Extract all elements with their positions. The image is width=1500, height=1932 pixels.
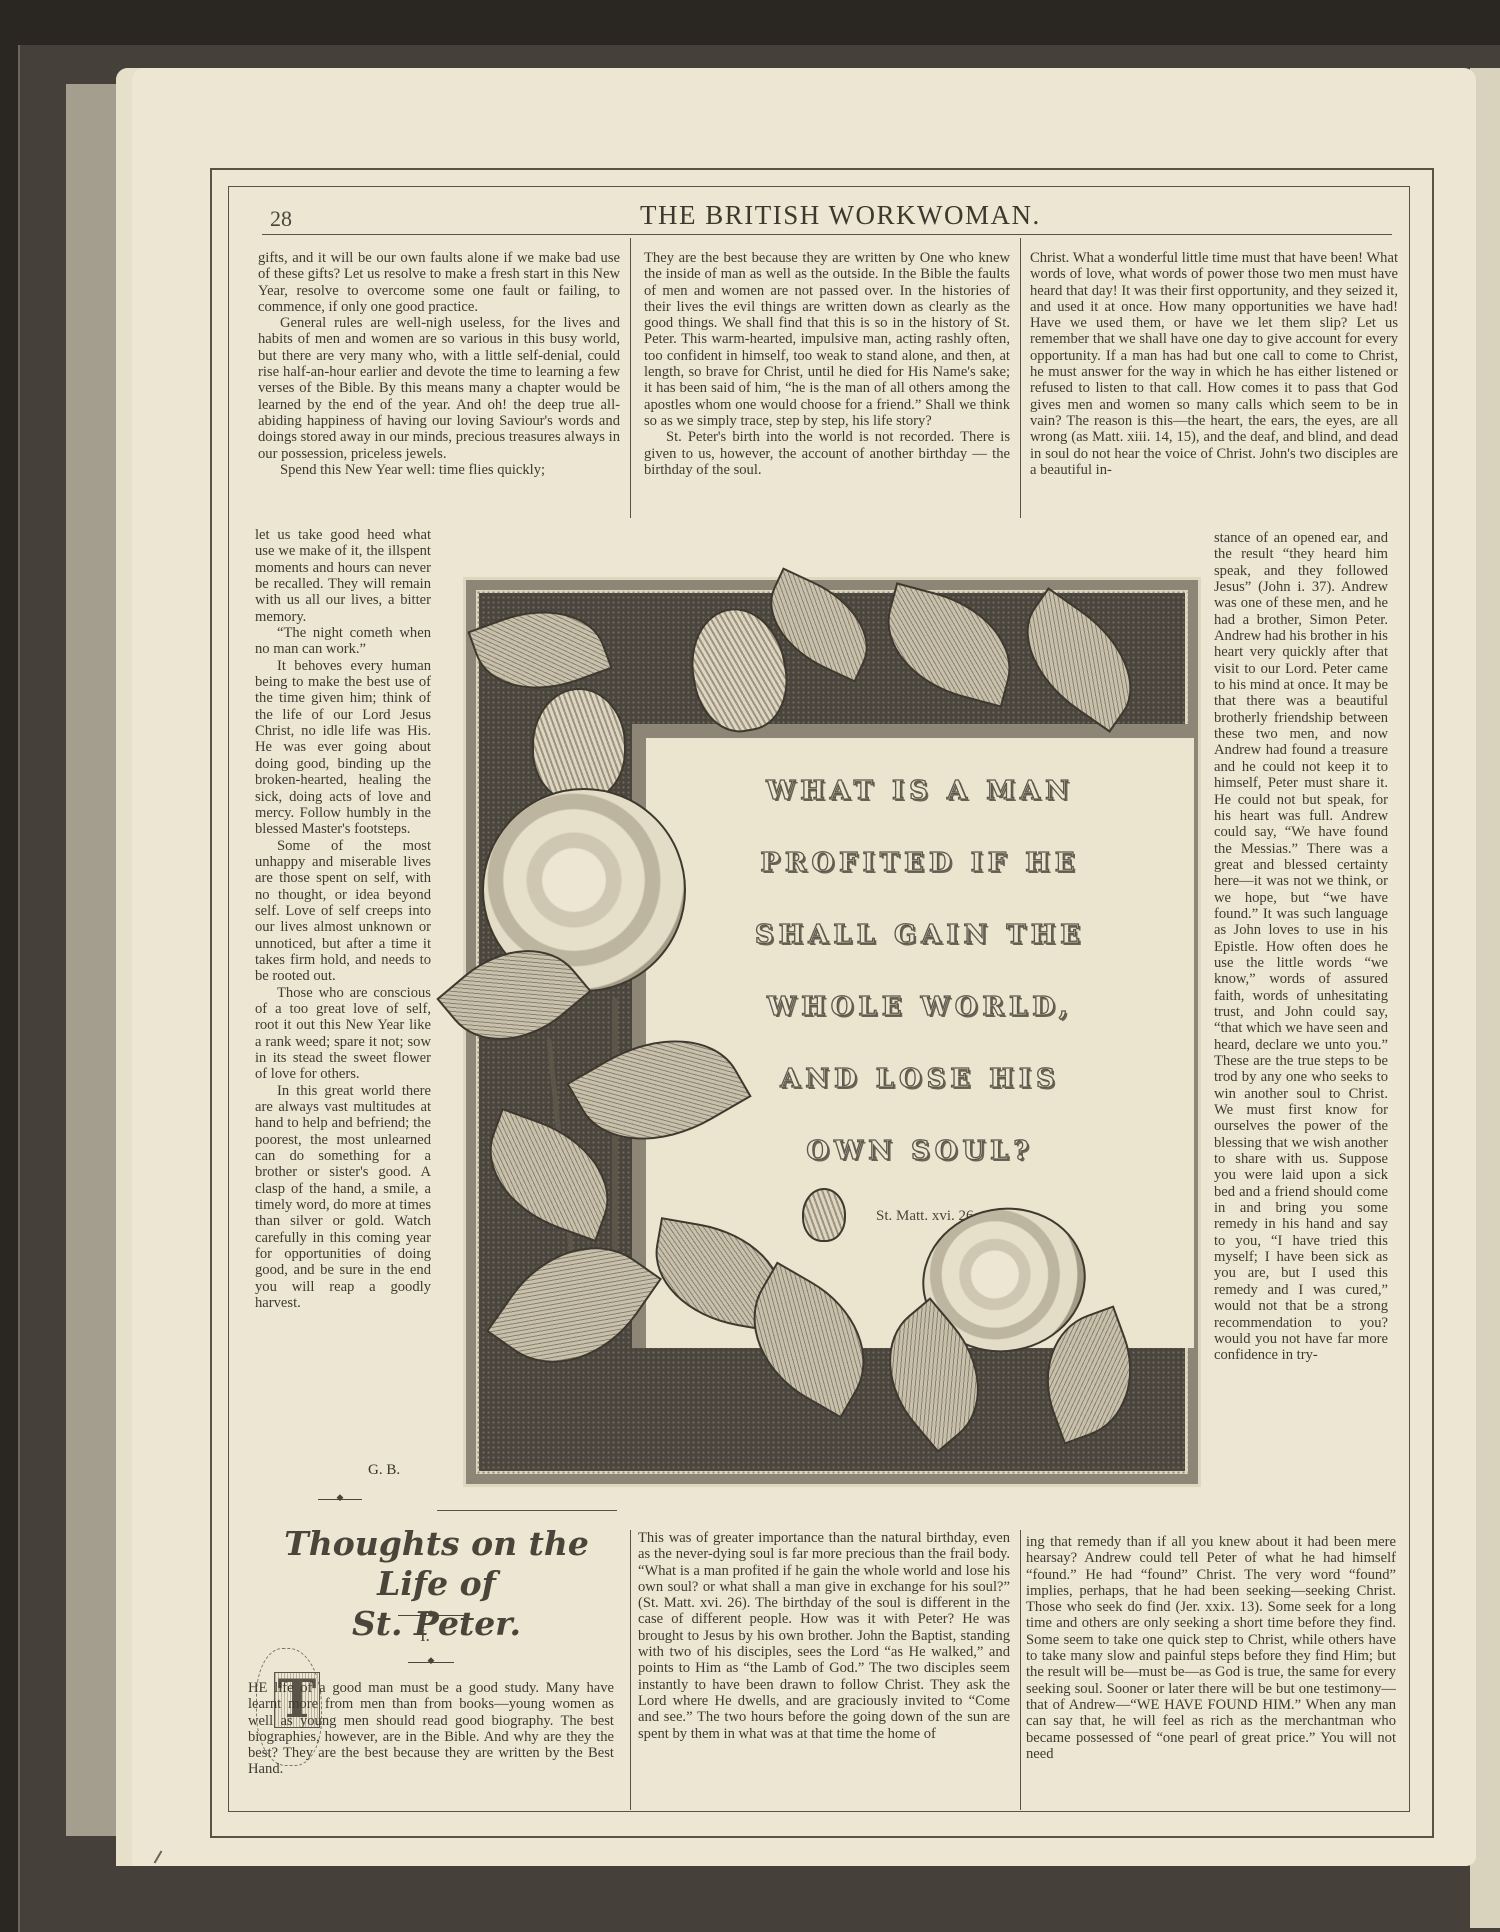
paragraph: Some of the most unhappy and miserable l… (255, 838, 431, 985)
right-column-top: Christ. What a wonderful little time mus… (1030, 250, 1398, 478)
column-rule (1020, 238, 1021, 518)
left-column-narrow: let us take good heed what use we make o… (255, 527, 431, 1312)
middle-column-top: They are the best because they are writt… (644, 250, 1010, 478)
paragraph: gifts, and it will be our own faults alo… (258, 250, 620, 315)
part-number: I. (420, 1626, 430, 1646)
article-title-line: St. Peter. (244, 1604, 629, 1644)
motto-line: WHOLE WORLD, (646, 992, 1194, 1022)
header-rule (262, 234, 1392, 235)
column-rule (630, 238, 631, 518)
column-rule (630, 1530, 631, 1810)
motto-line: WHAT IS A MAN (646, 776, 1194, 806)
column-rule (1020, 1530, 1021, 1810)
paragraph: This was of greater importance than the … (638, 1530, 1010, 1742)
paragraph: Spend this New Year well: time flies qui… (258, 462, 620, 478)
paragraph: General rules are well-nigh useless, for… (258, 315, 620, 462)
middle-column-bottom: This was of greater importance than the … (638, 1530, 1010, 1742)
paragraph: stance of an opened ear, and the result … (1214, 530, 1388, 1364)
ornament-divider (398, 1615, 464, 1616)
right-column-narrow: stance of an opened ear, and the result … (1214, 530, 1388, 1364)
paragraph: HE life of a good man must be a good stu… (248, 1680, 614, 1778)
article-title: Thoughts on the Life of St. Peter. (244, 1524, 629, 1644)
paragraph: It behoves every human being to make the… (255, 658, 431, 838)
motto-line: OWN SOUL? (646, 1136, 1194, 1166)
article-title-line: Thoughts on the Life of (244, 1524, 629, 1604)
paragraph: In this great world there are always vas… (255, 1083, 431, 1312)
masthead-title: THE BRITISH WORKWOMAN. (640, 200, 1041, 231)
paragraph: St. Peter's birth into the world is not … (644, 429, 1010, 478)
ornament-divider (408, 1662, 454, 1663)
rosebud-icon (532, 688, 626, 802)
paragraph: ing that remedy than if all you knew abo… (1026, 1534, 1396, 1762)
rose-illustration: WHAT IS A MAN PROFITED IF HE SHALL GAIN … (452, 568, 1196, 1478)
paragraph: They are the best because they are writt… (644, 250, 1010, 429)
paragraph: Christ. What a wonderful little time mus… (1030, 250, 1398, 478)
right-column-bottom: ing that remedy than if all you knew abo… (1026, 1534, 1396, 1762)
paragraph: “The night cometh when no man can work.” (255, 625, 431, 658)
page-number: 28 (270, 206, 292, 232)
article-intro: HE life of a good man must be a good stu… (248, 1680, 614, 1778)
ornament-divider (318, 1499, 362, 1500)
motto-line: PROFITED IF HE (646, 848, 1194, 878)
rosebud-icon (802, 1188, 846, 1242)
left-column-top: gifts, and it will be our own faults alo… (258, 250, 620, 478)
motto-line: SHALL GAIN THE (646, 920, 1194, 950)
paragraph: Those who are conscious of a too great l… (255, 985, 431, 1083)
paragraph: let us take good heed what use we make o… (255, 527, 431, 625)
section-rule (437, 1510, 617, 1511)
author-signature: G. B. (368, 1462, 400, 1479)
